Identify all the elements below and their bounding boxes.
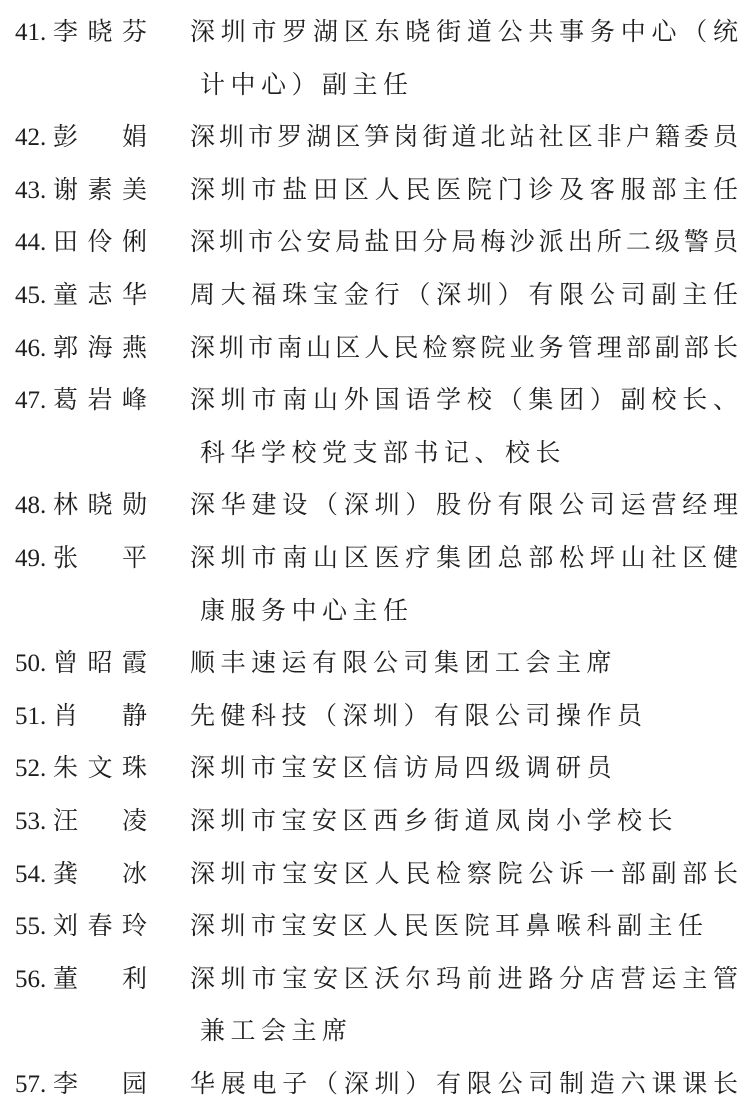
entry-title-line: 先健科技（深圳）有限公司操作员 <box>190 691 738 744</box>
list-item: 41. 李晓芬 深圳市罗湖区东晓街道公共事务中心（统 计中心）副主任 <box>15 7 745 112</box>
entry-title-line: 深圳市罗湖区笋岗街道北站社区非户籍委员 <box>190 112 738 165</box>
list-item: 47. 葛岩峰 深圳市南山外国语学校（集团）副校长、 科华学校党支部书记、校长 <box>15 375 745 480</box>
entry-title: 先健科技（深圳）有限公司操作员 <box>190 691 738 744</box>
entry-title-line: 深圳市南山区人民检察院业务管理部副部长 <box>190 323 738 376</box>
entry-title: 深圳市宝安区沃尔玛前进路分店营运主管 兼工会主席 <box>190 954 738 1059</box>
entry-title: 周大福珠宝金行（深圳）有限公司副主任 <box>190 270 738 323</box>
entry-title-line: 深圳市南山区医疗集团总部松坪山社区健 <box>190 533 738 586</box>
entry-title: 顺丰速运有限公司集团工会主席 <box>190 638 738 691</box>
entry-title-line: 深圳市罗湖区东晓街道公共事务中心（统 <box>190 7 738 60</box>
list-item: 44. 田伶俐 深圳市公安局盐田分局梅沙派出所二级警员 <box>15 217 745 270</box>
entry-title: 深圳市宝安区人民检察院公诉一部副部长 <box>190 849 738 902</box>
entry-title-line: 华展电子（深圳）有限公司制造六课课长 <box>190 1059 738 1112</box>
entry-name: 谢素美 <box>53 165 147 218</box>
entry-number: 48. <box>15 480 53 533</box>
entry-name: 董利 <box>53 954 147 1007</box>
list-item: 50. 曾昭霞 顺丰速运有限公司集团工会主席 <box>15 638 745 691</box>
entry-title: 深圳市盐田区人民医院门诊及客服部主任 <box>190 165 738 218</box>
entry-name: 林晓勋 <box>53 480 147 533</box>
entry-number: 49. <box>15 533 53 586</box>
list-item: 55. 刘春玲 深圳市宝安区人民医院耳鼻喉科副主任 <box>15 901 745 954</box>
entry-title-line: 康服务中心主任 <box>200 586 738 639</box>
entry-name: 彭娟 <box>53 112 147 165</box>
list-item: 56. 董利 深圳市宝安区沃尔玛前进路分店营运主管 兼工会主席 <box>15 954 745 1059</box>
entry-title: 深圳市宝安区西乡街道凤岗小学校长 <box>190 796 738 849</box>
list-item: 51. 肖静 先健科技（深圳）有限公司操作员 <box>15 691 745 744</box>
entry-title-line: 深圳市宝安区人民医院耳鼻喉科副主任 <box>190 901 738 954</box>
entry-name: 张平 <box>53 533 147 586</box>
entry-number: 44. <box>15 217 53 270</box>
entry-title-line: 深圳市公安局盐田分局梅沙派出所二级警员 <box>190 217 738 270</box>
entry-number: 51. <box>15 691 53 744</box>
entry-title: 深圳市南山区医疗集团总部松坪山社区健 康服务中心主任 <box>190 533 738 638</box>
entry-number: 50. <box>15 638 53 691</box>
entry-name: 郭海燕 <box>53 323 147 376</box>
entry-name: 汪凌 <box>53 796 147 849</box>
entry-number: 46. <box>15 323 53 376</box>
entry-title-line: 深圳市宝安区西乡街道凤岗小学校长 <box>190 796 738 849</box>
entry-number: 41. <box>15 7 53 60</box>
list-item: 53. 汪凌 深圳市宝安区西乡街道凤岗小学校长 <box>15 796 745 849</box>
list-item: 45. 童志华 周大福珠宝金行（深圳）有限公司副主任 <box>15 270 745 323</box>
entry-number: 57. <box>15 1059 53 1112</box>
list-item: 43. 谢素美 深圳市盐田区人民医院门诊及客服部主任 <box>15 165 745 218</box>
entry-title: 深圳市罗湖区笋岗街道北站社区非户籍委员 <box>190 112 738 165</box>
entry-name: 肖静 <box>53 691 147 744</box>
entry-title-line: 计中心）副主任 <box>200 60 738 113</box>
entry-title-line: 深圳市宝安区沃尔玛前进路分店营运主管 <box>190 954 738 1007</box>
entry-number: 53. <box>15 796 53 849</box>
entry-title: 华展电子（深圳）有限公司制造六课课长 <box>190 1059 738 1112</box>
entry-title-line: 兼工会主席 <box>200 1006 738 1059</box>
entry-title: 深华建设（深圳）股份有限公司运营经理 <box>190 480 738 533</box>
entry-name: 李园 <box>53 1059 147 1112</box>
list-item: 46. 郭海燕 深圳市南山区人民检察院业务管理部副部长 <box>15 323 745 376</box>
list-item: 52. 朱文珠 深圳市宝安区信访局四级调研员 <box>15 743 745 796</box>
entry-title: 深圳市南山区人民检察院业务管理部副部长 <box>190 323 738 376</box>
entry-title-line: 深圳市南山外国语学校（集团）副校长、 <box>190 375 738 428</box>
entry-number: 45. <box>15 270 53 323</box>
entry-number: 42. <box>15 112 53 165</box>
entry-number: 54. <box>15 849 53 902</box>
entry-title-line: 顺丰速运有限公司集团工会主席 <box>190 638 738 691</box>
entry-name: 朱文珠 <box>53 743 147 796</box>
list-item: 42. 彭娟 深圳市罗湖区笋岗街道北站社区非户籍委员 <box>15 112 745 165</box>
entry-number: 52. <box>15 743 53 796</box>
entry-name: 童志华 <box>53 270 147 323</box>
entry-name: 田伶俐 <box>53 217 147 270</box>
entry-title-line: 科华学校党支部书记、校长 <box>200 428 738 481</box>
entry-title-line: 深圳市宝安区信访局四级调研员 <box>190 743 738 796</box>
entry-title-line: 深圳市盐田区人民医院门诊及客服部主任 <box>190 165 738 218</box>
entry-number: 43. <box>15 165 53 218</box>
entry-name: 葛岩峰 <box>53 375 147 428</box>
entry-title: 深圳市罗湖区东晓街道公共事务中心（统 计中心）副主任 <box>190 7 738 112</box>
entry-number: 56. <box>15 954 53 1007</box>
entry-title-line: 深华建设（深圳）股份有限公司运营经理 <box>190 480 738 533</box>
entry-number: 47. <box>15 375 53 428</box>
entry-title: 深圳市宝安区人民医院耳鼻喉科副主任 <box>190 901 738 954</box>
document-page: 41. 李晓芬 深圳市罗湖区东晓街道公共事务中心（统 计中心）副主任 42. 彭… <box>0 0 745 1118</box>
entry-name: 刘春玲 <box>53 901 147 954</box>
entry-name: 龚冰 <box>53 849 147 902</box>
list-item: 49. 张平 深圳市南山区医疗集团总部松坪山社区健 康服务中心主任 <box>15 533 745 638</box>
entry-title-line: 深圳市宝安区人民检察院公诉一部副部长 <box>190 849 738 902</box>
list-item: 57. 李园 华展电子（深圳）有限公司制造六课课长 <box>15 1059 745 1112</box>
entry-name: 李晓芬 <box>53 7 147 60</box>
entry-title-line: 周大福珠宝金行（深圳）有限公司副主任 <box>190 270 738 323</box>
entry-title: 深圳市宝安区信访局四级调研员 <box>190 743 738 796</box>
entry-name: 曾昭霞 <box>53 638 147 691</box>
entry-number: 55. <box>15 901 53 954</box>
list-item: 54. 龚冰 深圳市宝安区人民检察院公诉一部副部长 <box>15 849 745 902</box>
entry-title: 深圳市南山外国语学校（集团）副校长、 科华学校党支部书记、校长 <box>190 375 738 480</box>
entry-title: 深圳市公安局盐田分局梅沙派出所二级警员 <box>190 217 738 270</box>
list-item: 48. 林晓勋 深华建设（深圳）股份有限公司运营经理 <box>15 480 745 533</box>
